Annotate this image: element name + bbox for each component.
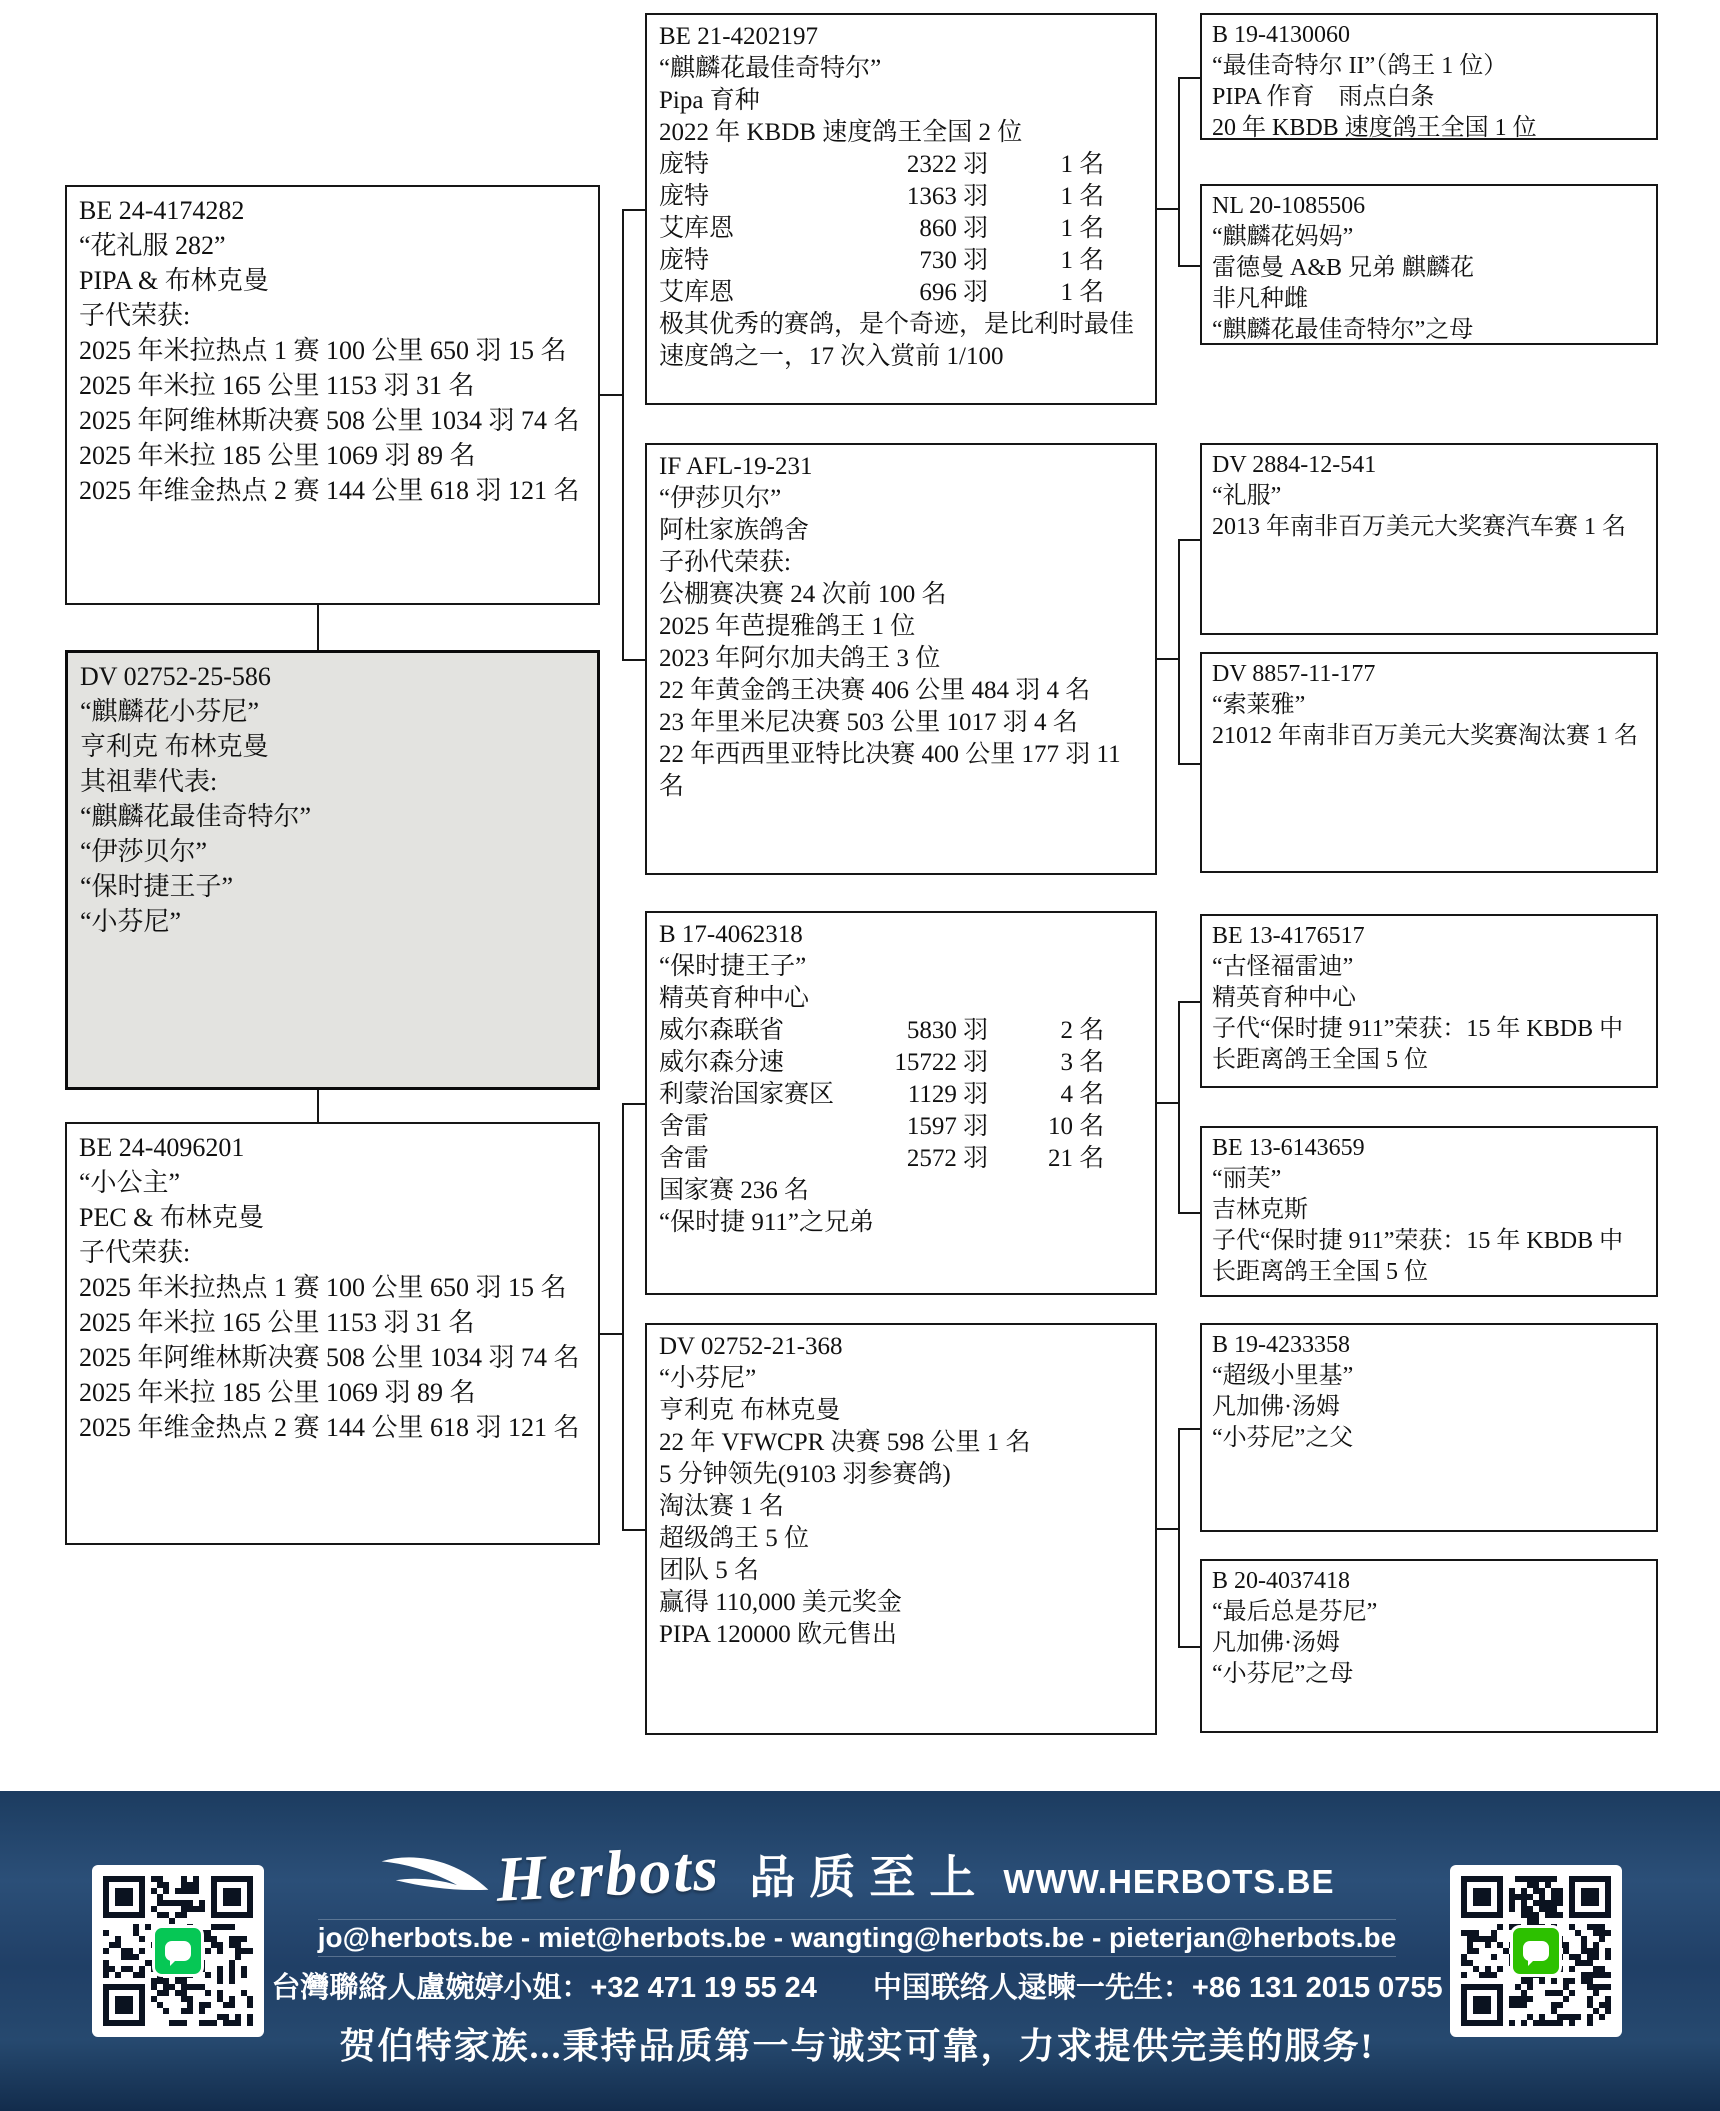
- box-line-col: 舍雷: [659, 1111, 853, 1143]
- box-line: “小公主”: [79, 1165, 586, 1200]
- connector-line: [1178, 763, 1200, 765]
- footer-slogan-cn: 品质至上: [749, 1841, 989, 1907]
- connector-line: [622, 209, 624, 661]
- connector-line: [600, 394, 622, 396]
- box-line: 赢得 110,000 美元奖金: [659, 1587, 1143, 1619]
- connector-line: [600, 1333, 622, 1335]
- box-line: 威尔森分速15722 羽3 名: [659, 1047, 1143, 1079]
- box-line: “保时捷王子”: [80, 869, 585, 904]
- box-line: 非凡种雌: [1212, 284, 1646, 315]
- footer: Herbots 品质至上 WWW.HERBOTS.BE jo@herbots.b…: [0, 1791, 1720, 2111]
- box-line-col: 艾库恩: [659, 213, 853, 245]
- footer-contact-taiwan: 台灣聯絡人盧婉婷小姐：+32 471 19 55 24: [271, 1965, 817, 2006]
- box-line: 精英育种中心: [1212, 983, 1646, 1014]
- box-line-col: 4 名: [988, 1079, 1104, 1111]
- box-line: 2025 年米拉 185 公里 1069 羽 89 名: [79, 438, 586, 473]
- box-dam: BE 24-4096201“小公主”PEC & 布林克曼子代荣获:2025 年米…: [65, 1122, 600, 1545]
- box-subject: DV 02752-25-586“麒麟花小芬尼”亨利克 布林克曼其祖辈代表:“麒麟…: [65, 650, 600, 1090]
- box-line: 21012 年南非百万美元大奖赛淘汰赛 1 名: [1212, 721, 1646, 752]
- box-line-col: 1 名: [988, 149, 1104, 181]
- wing-icon: [380, 1849, 490, 1899]
- box-line: “麒麟花小芬尼”: [80, 694, 585, 729]
- box-line: 2025 年阿维林斯决赛 508 公里 1034 羽 74 名: [79, 1340, 586, 1375]
- connector-line: [1178, 265, 1200, 267]
- box-line-col: 730 羽: [853, 245, 989, 277]
- box-line-col: 庞特: [659, 245, 853, 277]
- box-dam-sire: B 17-4062318“保时捷王子”精英育种中心威尔森联省5830 羽2 名威…: [645, 911, 1157, 1295]
- box-line: “小芬尼”: [80, 904, 585, 939]
- box-line: DV 02752-21-368: [659, 1331, 1143, 1363]
- box-line-col: 5830 羽: [853, 1015, 989, 1047]
- box-line: “小芬尼”之父: [1212, 1423, 1646, 1454]
- box-line: B 19-4233358: [1212, 1330, 1646, 1361]
- box-line: 庞特730 羽1 名: [659, 245, 1143, 277]
- box-line: 子代“保时捷 911”荣获：15 年 KBDB 中长距离鸽王全国 5 位: [1212, 1226, 1646, 1288]
- connector-line: [1178, 1428, 1180, 1648]
- box-line: NL 20-1085506: [1212, 191, 1646, 222]
- box-ds-dam: BE 13-6143659“丽芙”吉林克斯子代“保时捷 911”荣获：15 年 …: [1200, 1126, 1658, 1297]
- box-line: B 20-4037418: [1212, 1566, 1646, 1597]
- connector-line: [1178, 1212, 1200, 1214]
- box-line: “麒麟花最佳奇特尔”: [659, 53, 1143, 85]
- box-line: B 19-4130060: [1212, 20, 1646, 51]
- box-line: PEC & 布林克曼: [79, 1200, 586, 1235]
- box-line: PIPA 120000 欧元售出: [659, 1619, 1143, 1651]
- box-line: PIPA 作育 雨点白条: [1212, 82, 1646, 113]
- box-line: DV 2884-12-541: [1212, 450, 1646, 481]
- box-line: “丽芙”: [1212, 1164, 1646, 1195]
- box-line: 艾库恩860 羽1 名: [659, 213, 1143, 245]
- connector-line: [1178, 1646, 1200, 1648]
- box-line-col: 威尔森联省: [659, 1015, 853, 1047]
- box-line: 20 年 KBDB 速度鸽王全国 1 位: [1212, 113, 1646, 140]
- box-line: 2025 年维金热点 2 赛 144 公里 618 羽 121 名: [79, 1410, 586, 1445]
- footer-website: WWW.HERBOTS.BE: [1003, 1863, 1334, 1911]
- qr-code-line: [92, 1865, 264, 2037]
- box-line: “索莱雅”: [1212, 690, 1646, 721]
- box-line-col: 696 羽: [853, 277, 989, 309]
- box-line: 2025 年阿维林斯决赛 508 公里 1034 羽 74 名: [79, 403, 586, 438]
- box-line-col: 1363 羽: [853, 181, 989, 213]
- box-line: 2022 年 KBDB 速度鸽王全国 2 位: [659, 117, 1143, 149]
- box-line: 团队 5 名: [659, 1555, 1143, 1587]
- box-line: “最佳奇特尔 II”（鸽王 1 位）: [1212, 51, 1646, 82]
- box-line: 庞特2322 羽1 名: [659, 149, 1143, 181]
- box-line-col: 1 名: [988, 245, 1104, 277]
- connector-line: [622, 1103, 624, 1531]
- box-line: BE 24-4174282: [79, 193, 586, 228]
- box-sire-dam: IF AFL-19-231“伊莎贝尔”阿杜家族鸽舍子孙代荣获:公棚赛决赛 24 …: [645, 443, 1157, 875]
- box-ss-sire: B 19-4130060“最佳奇特尔 II”（鸽王 1 位）PIPA 作育 雨点…: [1200, 13, 1658, 140]
- box-sire: BE 24-4174282“花礼服 282”PIPA & 布林克曼子代荣获:20…: [65, 185, 600, 605]
- connector-line: [1157, 208, 1178, 210]
- box-sd-sire: DV 2884-12-541“礼服”2013 年南非百万美元大奖赛汽车赛 1 名: [1200, 443, 1658, 635]
- box-line: Pipa 育种: [659, 85, 1143, 117]
- box-ss-dam: NL 20-1085506“麒麟花妈妈”雷德曼 A&B 兄弟 麒麟花非凡种雌“麒…: [1200, 184, 1658, 345]
- box-line: 2023 年阿尔加夫鸽王 3 位: [659, 643, 1143, 675]
- box-line: “花礼服 282”: [79, 228, 586, 263]
- box-line: 2013 年南非百万美元大奖赛汽车赛 1 名: [1212, 512, 1646, 543]
- box-line: “最后总是芬尼”: [1212, 1597, 1646, 1628]
- connector-line: [1178, 1001, 1180, 1214]
- box-line-col: 艾库恩: [659, 277, 853, 309]
- footer-contacts: 台灣聯絡人盧婉婷小姐：+32 471 19 55 24 中国联络人逯暕一先生：+…: [271, 1965, 1442, 2006]
- box-line: “保时捷 911”之兄弟: [659, 1207, 1143, 1239]
- box-line: 亨利克 布林克曼: [80, 729, 585, 764]
- connector-line: [622, 1529, 645, 1531]
- pedigree-chart: BE 24-4174282“花礼服 282”PIPA & 布林克曼子代荣获:20…: [0, 0, 1720, 2111]
- box-line-col: 21 名: [988, 1143, 1104, 1175]
- box-line-col: 1 名: [988, 181, 1104, 213]
- spacer: [817, 1965, 873, 2006]
- box-line: “古怪福雷迪”: [1212, 952, 1646, 983]
- connector-line: [1157, 1102, 1178, 1104]
- box-line-col: 威尔森分速: [659, 1047, 853, 1079]
- box-line: BE 24-4096201: [79, 1130, 586, 1165]
- box-ds-sire: BE 13-4176517“古怪福雷迪”精英育种中心子代“保时捷 911”荣获：…: [1200, 914, 1658, 1088]
- box-line: “麒麟花最佳奇特尔”: [80, 799, 585, 834]
- box-line-col: 2322 羽: [853, 149, 989, 181]
- box-line: “麒麟花最佳奇特尔”之母: [1212, 315, 1646, 345]
- box-line-col: 860 羽: [853, 213, 989, 245]
- box-line: 2025 年米拉 165 公里 1153 羽 31 名: [79, 1305, 586, 1340]
- box-line-col: 庞特: [659, 149, 853, 181]
- connector-line: [1178, 539, 1180, 765]
- box-line: 公棚赛决赛 24 次前 100 名: [659, 579, 1143, 611]
- box-line-col: 2 名: [988, 1015, 1104, 1047]
- box-line: “保时捷王子”: [659, 951, 1143, 983]
- footer-emails: jo@herbots.be - miet@herbots.be - wangti…: [318, 1919, 1396, 1957]
- box-line: “小芬尼”之母: [1212, 1659, 1646, 1690]
- box-line: 2025 年芭提雅鸽王 1 位: [659, 611, 1143, 643]
- box-line-col: 1597 羽: [853, 1111, 989, 1143]
- box-line-col: 1129 羽: [853, 1079, 989, 1111]
- box-line: 威尔森联省5830 羽2 名: [659, 1015, 1143, 1047]
- box-line: 雷德曼 A&B 兄弟 麒麟花: [1212, 253, 1646, 284]
- box-line: 舍雷1597 羽10 名: [659, 1111, 1143, 1143]
- connector-line: [622, 1103, 645, 1105]
- connector-line: [622, 209, 645, 211]
- box-line: 2025 年米拉热点 1 赛 100 公里 650 羽 15 名: [79, 1270, 586, 1305]
- box-sire-sire: BE 21-4202197“麒麟花最佳奇特尔”Pipa 育种2022 年 KBD…: [645, 13, 1157, 405]
- box-line: BE 13-4176517: [1212, 921, 1646, 952]
- connector-line: [1157, 1528, 1178, 1530]
- box-line: 2025 年米拉 185 公里 1069 羽 89 名: [79, 1375, 586, 1410]
- box-line: BE 21-4202197: [659, 21, 1143, 53]
- box-line: 凡加佛·汤姆: [1212, 1392, 1646, 1423]
- box-line: 2025 年米拉热点 1 赛 100 公里 650 羽 15 名: [79, 333, 586, 368]
- box-line-col: 庞特: [659, 181, 853, 213]
- box-dd-sire: B 19-4233358“超级小里基”凡加佛·汤姆“小芬尼”之父: [1200, 1323, 1658, 1532]
- box-line: 子代“保时捷 911”荣获：15 年 KBDB 中长距离鸽王全国 5 位: [1212, 1014, 1646, 1076]
- qr-code-wechat: [1450, 1865, 1622, 2037]
- box-line: 其祖辈代表:: [80, 764, 585, 799]
- box-line-col: 舍雷: [659, 1143, 853, 1175]
- brand-logo: Herbots: [494, 1831, 721, 1917]
- brand-row: Herbots 品质至上 WWW.HERBOTS.BE: [380, 1837, 1335, 1911]
- connector-line: [1157, 658, 1178, 660]
- box-line: BE 13-6143659: [1212, 1133, 1646, 1164]
- box-line: 5 分钟领先(9103 羽参赛鸽): [659, 1459, 1143, 1491]
- box-line-col: 15722 羽: [853, 1047, 989, 1079]
- connector-line: [1178, 1001, 1200, 1003]
- box-line: “伊莎贝尔”: [659, 483, 1143, 515]
- box-line: 子代荣获:: [79, 298, 586, 333]
- box-line: 国家赛 236 名: [659, 1175, 1143, 1207]
- box-line: 利蒙治国家赛区1129 羽4 名: [659, 1079, 1143, 1111]
- box-line: 子代荣获:: [79, 1235, 586, 1270]
- connector-line: [1178, 77, 1180, 267]
- box-line: DV 02752-25-586: [80, 659, 585, 694]
- box-line: “礼服”: [1212, 481, 1646, 512]
- box-line: “伊莎贝尔”: [80, 834, 585, 869]
- box-line: 22 年黄金鸽王决赛 406 公里 484 羽 4 名: [659, 675, 1143, 707]
- box-line: 舍雷2572 羽21 名: [659, 1143, 1143, 1175]
- box-line: 亨利克 布林克曼: [659, 1395, 1143, 1427]
- connector-line: [622, 659, 645, 661]
- box-line: 精英育种中心: [659, 983, 1143, 1015]
- box-line: 子孙代荣获:: [659, 547, 1143, 579]
- box-line: 淘汰赛 1 名: [659, 1491, 1143, 1523]
- line-icon: [152, 1925, 204, 1977]
- box-line: DV 8857-11-177: [1212, 659, 1646, 690]
- footer-tagline: 贺伯特家族...秉持品质第一与诚实可靠，力求提供完美的服务!: [340, 2018, 1375, 2069]
- box-line: 2025 年米拉 165 公里 1153 羽 31 名: [79, 368, 586, 403]
- connector-line: [1178, 77, 1200, 79]
- box-line: PIPA & 布林克曼: [79, 263, 586, 298]
- box-line: 阿杜家族鸽舍: [659, 515, 1143, 547]
- box-dd-dam: B 20-4037418“最后总是芬尼”凡加佛·汤姆“小芬尼”之母: [1200, 1559, 1658, 1733]
- box-line: 2025 年维金热点 2 赛 144 公里 618 羽 121 名: [79, 473, 586, 508]
- box-dam-dam: DV 02752-21-368“小芬尼”亨利克 布林克曼22 年 VFWCPR …: [645, 1323, 1157, 1735]
- box-line: 22 年西西里亚特比决赛 400 公里 177 羽 11 名: [659, 739, 1143, 803]
- footer-contact-china: 中国联络人逯暕一先生：+86 131 2015 0755: [873, 1965, 1443, 2006]
- box-line: “超级小里基”: [1212, 1361, 1646, 1392]
- box-line: 23 年里米尼决赛 503 公里 1017 羽 4 名: [659, 707, 1143, 739]
- box-sd-dam: DV 8857-11-177“索莱雅”21012 年南非百万美元大奖赛淘汰赛 1…: [1200, 652, 1658, 873]
- connector-line: [1178, 1428, 1200, 1430]
- box-line-col: 利蒙治国家赛区: [659, 1079, 853, 1111]
- box-line: 艾库恩696 羽1 名: [659, 277, 1143, 309]
- box-line: IF AFL-19-231: [659, 451, 1143, 483]
- box-line: “小芬尼”: [659, 1363, 1143, 1395]
- connector-line: [317, 1090, 319, 1122]
- box-line-col: 1 名: [988, 277, 1104, 309]
- box-line: 极其优秀的赛鸽，是个奇迹，是比利时最佳速度鸽之一，17 次入赏前 1/100: [659, 309, 1143, 373]
- box-line: 庞特1363 羽1 名: [659, 181, 1143, 213]
- box-line-col: 10 名: [988, 1111, 1104, 1143]
- box-line: 超级鸽王 5 位: [659, 1523, 1143, 1555]
- box-line: B 17-4062318: [659, 919, 1143, 951]
- box-line-col: 2572 羽: [853, 1143, 989, 1175]
- box-line: 吉林克斯: [1212, 1195, 1646, 1226]
- box-line: 凡加佛·汤姆: [1212, 1628, 1646, 1659]
- connector-line: [1178, 539, 1200, 541]
- box-line: 22 年 VFWCPR 决赛 598 公里 1 名: [659, 1427, 1143, 1459]
- connector-line: [317, 605, 319, 650]
- box-line: “麒麟花妈妈”: [1212, 222, 1646, 253]
- box-line-col: 1 名: [988, 213, 1104, 245]
- box-line-col: 3 名: [988, 1047, 1104, 1079]
- wechat-icon: [1510, 1925, 1562, 1977]
